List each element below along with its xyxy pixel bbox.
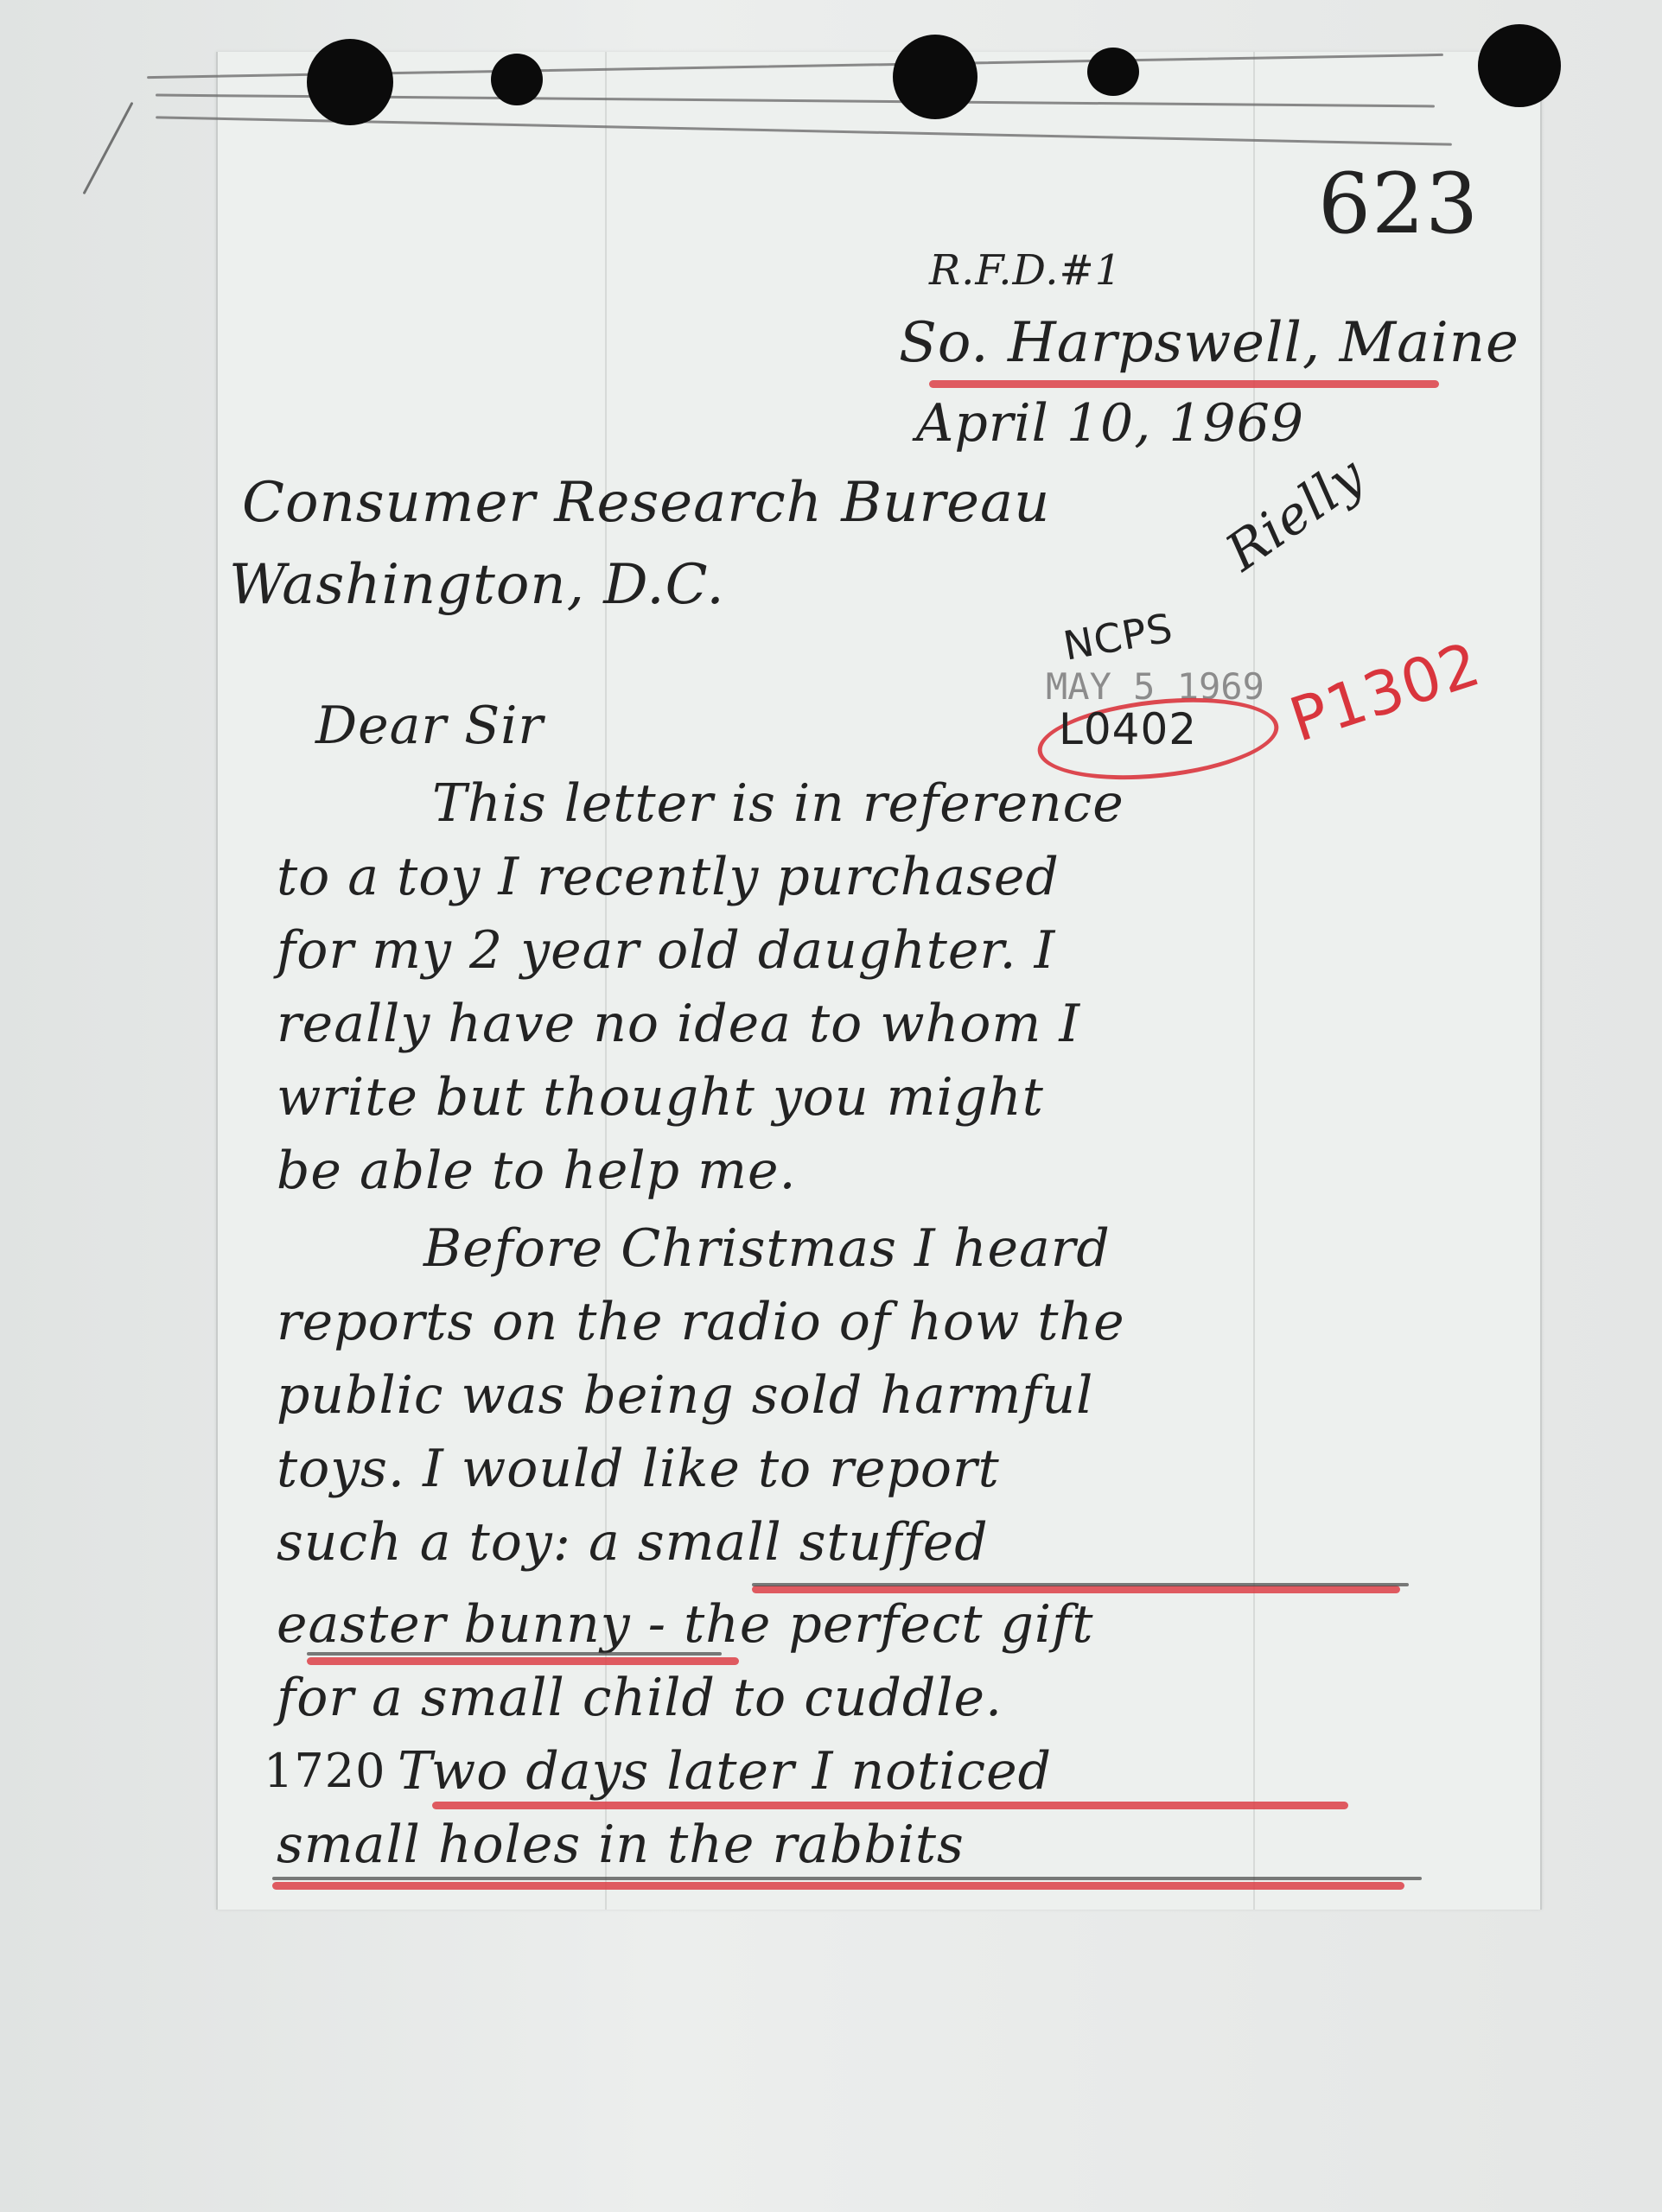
body-line: This letter is in reference xyxy=(432,773,1124,834)
body-line: be able to help me. xyxy=(277,1141,797,1201)
pencil-underline xyxy=(272,1877,1422,1880)
body-line: such a toy: a small stuffed xyxy=(277,1512,989,1573)
red-underline xyxy=(307,1657,739,1665)
body-line: public was being sold harmful xyxy=(277,1365,1093,1426)
punch-hole xyxy=(491,54,543,105)
red-underline xyxy=(929,380,1439,388)
page-number: 623 xyxy=(1318,156,1479,252)
punch-hole xyxy=(307,39,393,125)
body-line: to a toy I recently purchased xyxy=(277,847,1060,907)
body-line: Two days later I noticed xyxy=(398,1741,1052,1802)
sender-address-line2: So. Harpswell, Maine xyxy=(899,311,1519,375)
red-underline xyxy=(272,1882,1404,1890)
body-line: toys. I would like to report xyxy=(277,1439,1000,1499)
sender-address-line1: R.F.D.#1 xyxy=(929,246,1122,295)
body-line: write but thought you might xyxy=(277,1067,1044,1128)
letter-date: April 10, 1969 xyxy=(916,393,1304,454)
recipient-line1: Consumer Research Bureau xyxy=(242,471,1050,535)
punch-hole xyxy=(893,35,977,119)
recipient-line2: Washington, D.C. xyxy=(229,553,725,617)
body-line: for my 2 year old daughter. I xyxy=(277,920,1055,981)
punch-hole xyxy=(1087,48,1139,96)
margin-number: 1720 xyxy=(264,1744,385,1798)
body-line: really have no idea to whom I xyxy=(277,994,1080,1054)
body-line: Before Christmas I heard xyxy=(423,1218,1111,1279)
punch-hole xyxy=(1478,24,1561,107)
red-underline xyxy=(752,1586,1400,1593)
red-underline xyxy=(432,1802,1348,1809)
pencil-underline xyxy=(307,1652,722,1656)
body-line: for a small child to cuddle. xyxy=(277,1668,1003,1728)
stamp-code: L0402 xyxy=(1059,704,1197,754)
pencil-underline xyxy=(752,1583,1409,1586)
body-line: small holes in the rabbits xyxy=(277,1815,965,1875)
body-line: reports on the radio of how the xyxy=(277,1292,1125,1352)
salutation: Dear Sir xyxy=(315,696,544,756)
body-line: easter bunny - the perfect gift xyxy=(277,1594,1093,1655)
